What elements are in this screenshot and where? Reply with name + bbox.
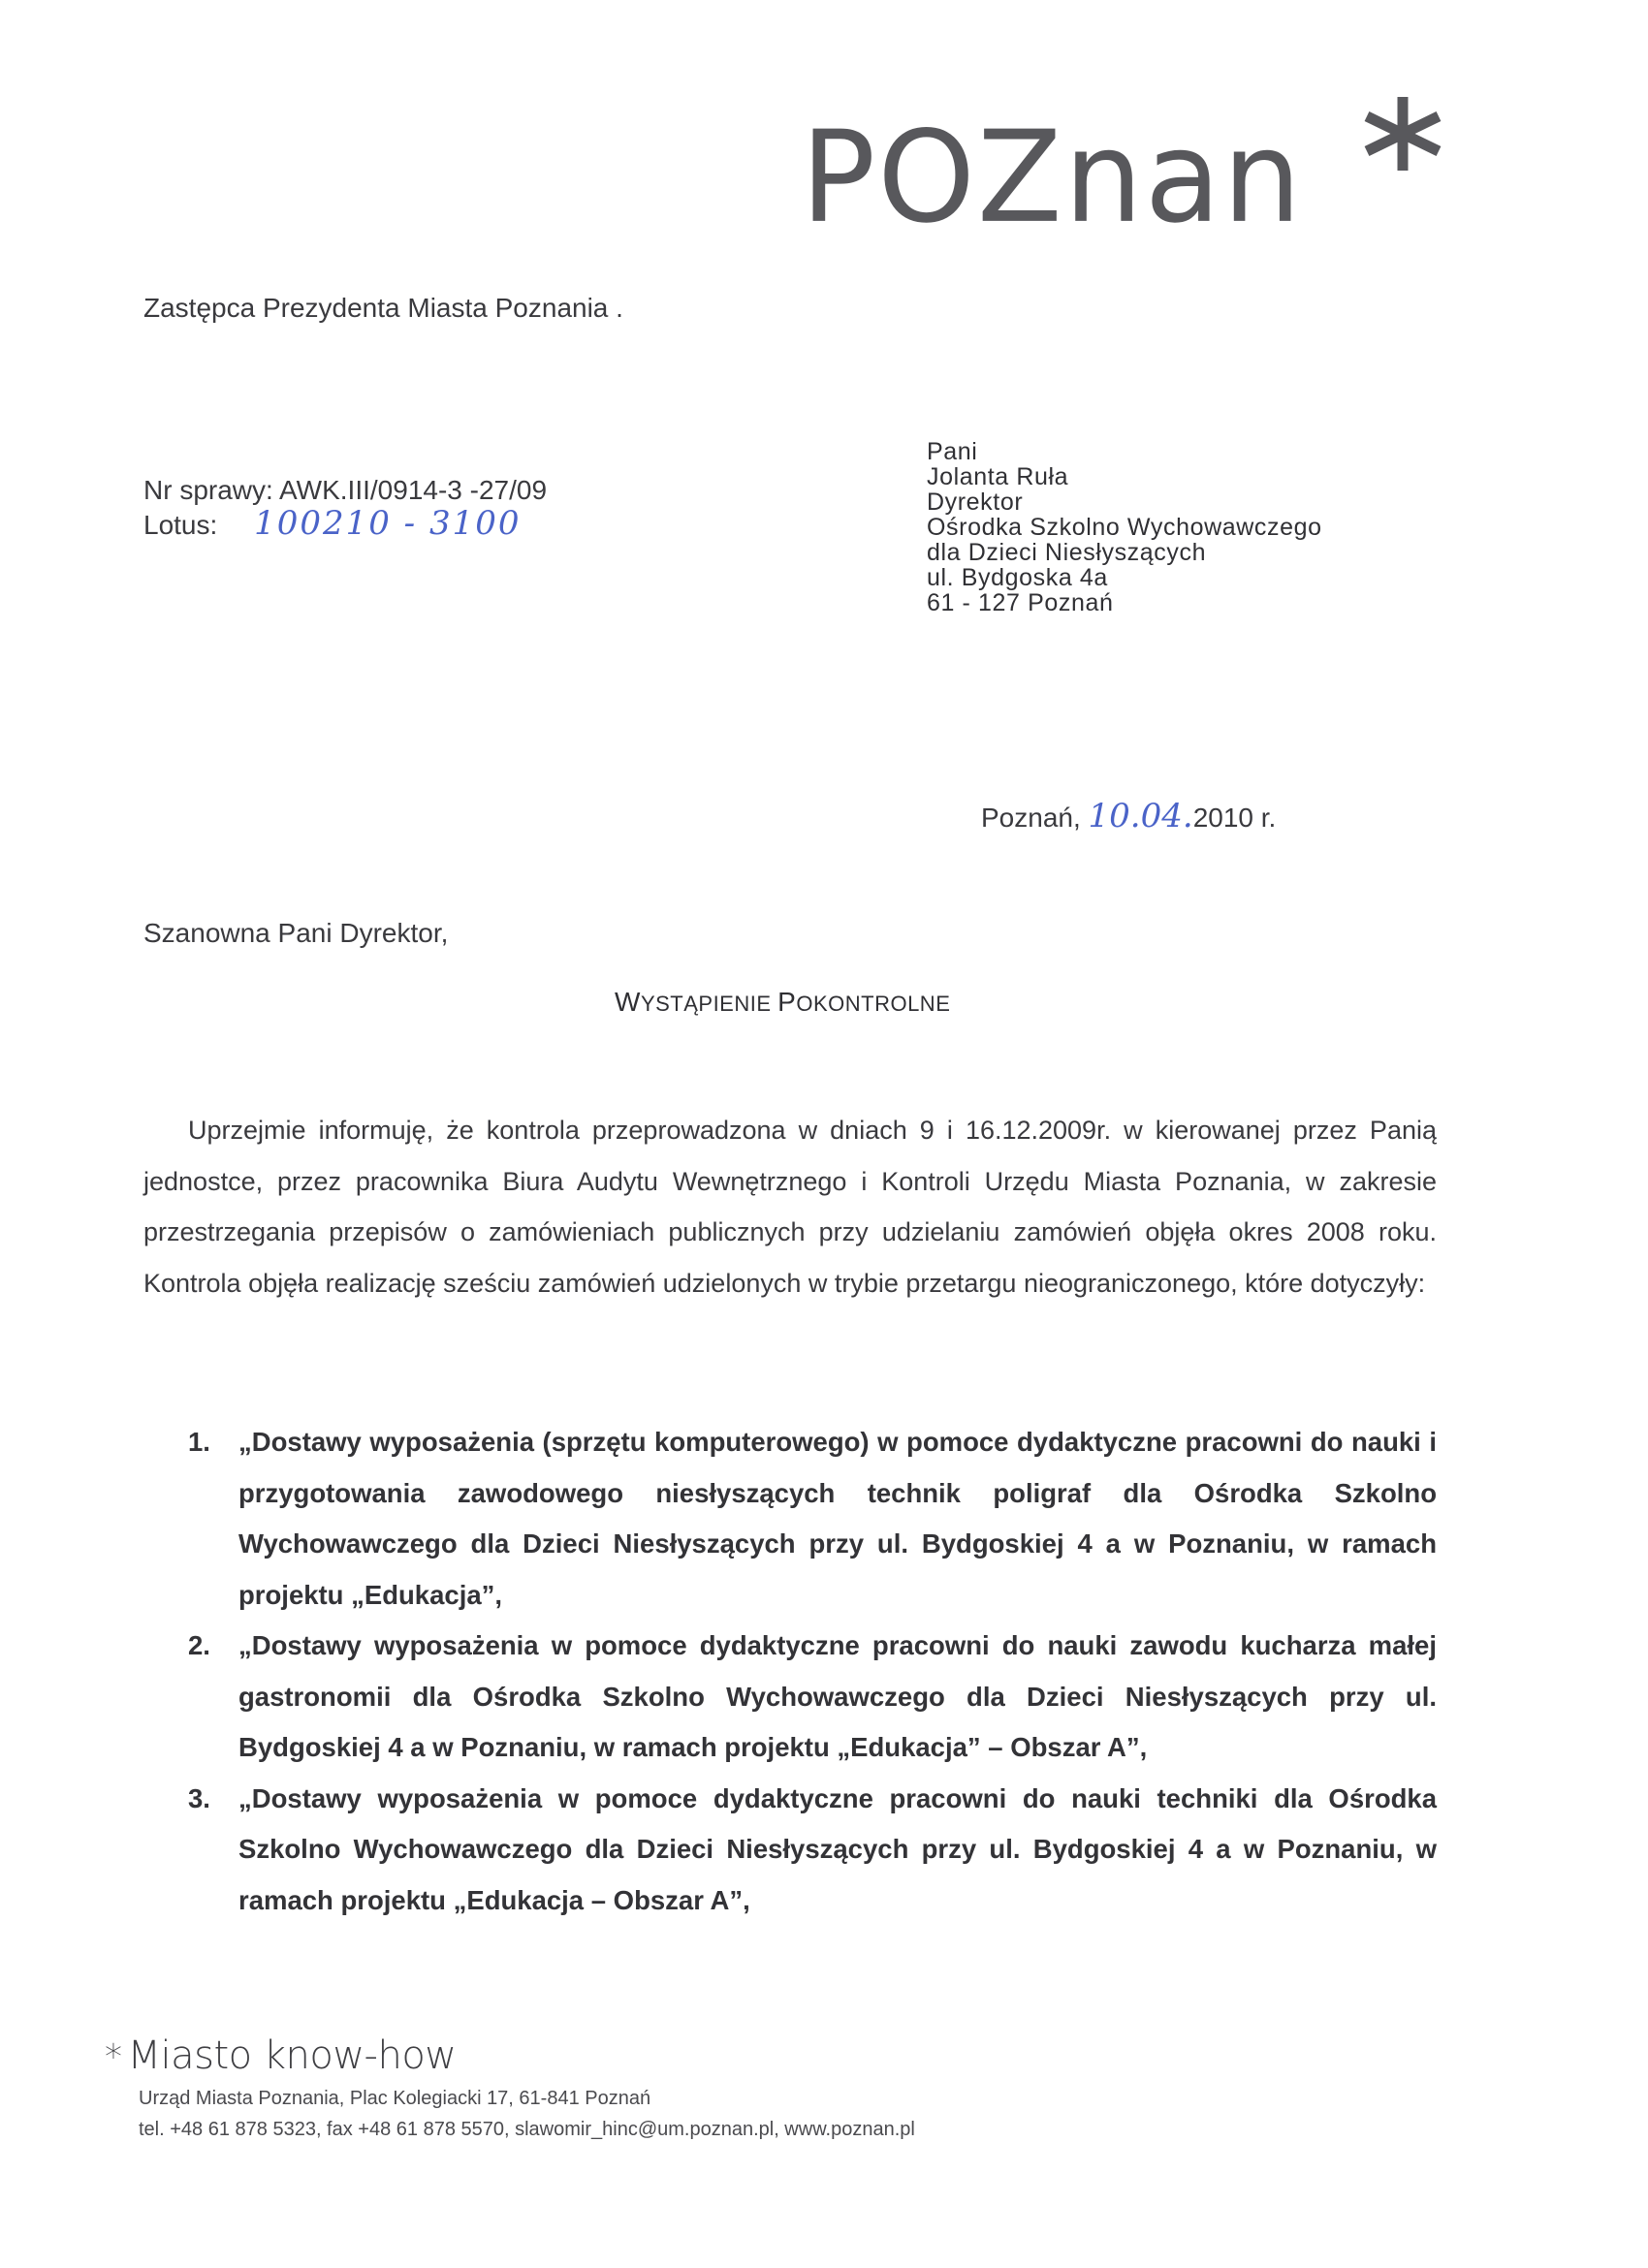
date-year: 2010 r. bbox=[1193, 803, 1277, 833]
brand-slogan: Miasto know-how bbox=[128, 2033, 457, 2078]
list-number: 2. bbox=[188, 1621, 238, 1774]
list-item: 1. „Dostawy wyposażenia (sprzętu kompute… bbox=[188, 1417, 1437, 1621]
footer-brand: *Miasto know-how bbox=[105, 2033, 457, 2078]
title-initial: W bbox=[615, 987, 641, 1017]
title-initial: P bbox=[777, 987, 796, 1017]
body-paragraph: Uprzejmie informuję, że kontrola przepro… bbox=[143, 1105, 1437, 1308]
list-number: 1. bbox=[188, 1417, 238, 1621]
case-number-label: Nr sprawy: bbox=[143, 475, 273, 505]
date-line: Poznań, 10.04.2010 r. bbox=[981, 797, 1276, 835]
list-item: 3. „Dostawy wyposażenia w pomoce dydakty… bbox=[188, 1774, 1437, 1927]
recipient-line: Ośrodka Szkolno Wychowawczego bbox=[927, 515, 1322, 540]
lotus-handwritten-number: 100210 - 3100 bbox=[254, 504, 521, 543]
body-text: Uprzejmie informuję, że kontrola przepro… bbox=[143, 1116, 1437, 1298]
asterisk-logo-icon bbox=[1359, 95, 1446, 182]
case-number: AWK.III/0914-3 -27/09 bbox=[279, 475, 547, 505]
recipient-address: Pani Jolanta Ruła Dyrektor Ośrodka Szkol… bbox=[927, 439, 1322, 615]
footer-address: Urząd Miasta Poznania, Plac Kolegiacki 1… bbox=[139, 2088, 650, 2110]
document-title: WYSTĄPIENIE POKONTROLNE bbox=[615, 987, 950, 1018]
recipient-line: Dyrektor bbox=[927, 489, 1322, 515]
recipient-line: dla Dzieci Niesłyszących bbox=[927, 540, 1322, 565]
title-word: YSTĄPIENIE bbox=[641, 992, 772, 1016]
list-number: 3. bbox=[188, 1774, 238, 1927]
footer-contact: tel. +48 61 878 5323, fax +48 61 878 557… bbox=[139, 2119, 915, 2141]
list-text: „Dostawy wyposażenia (sprzętu komputerow… bbox=[238, 1417, 1437, 1621]
asterisk-icon: * bbox=[105, 2037, 122, 2077]
greeting: Szanowna Pani Dyrektor, bbox=[143, 918, 448, 949]
list-item: 2. „Dostawy wyposażenia w pomoce dydakty… bbox=[188, 1621, 1437, 1774]
date-place: Poznań, bbox=[981, 803, 1081, 833]
poznan-logo: POZnan bbox=[801, 115, 1303, 242]
list-text: „Dostawy wyposażenia w pomoce dydaktyczn… bbox=[238, 1621, 1437, 1774]
recipient-line: 61 - 127 Poznań bbox=[927, 590, 1322, 615]
handwritten-date: 10.04. bbox=[1089, 797, 1193, 835]
recipient-line: Pani bbox=[927, 439, 1322, 464]
recipient-line: ul. Bydgoska 4a bbox=[927, 565, 1322, 590]
case-block: Nr sprawy: AWK.III/0914-3 -27/09 Lotus: … bbox=[143, 474, 547, 542]
sender-title: Zastępca Prezydenta Miasta Poznania . bbox=[143, 293, 623, 324]
lotus-label: Lotus: bbox=[143, 510, 217, 540]
logo-text: POZnan bbox=[801, 105, 1303, 252]
list-text: „Dostawy wyposażenia w pomoce dydaktyczn… bbox=[238, 1774, 1437, 1927]
procurement-list: 1. „Dostawy wyposażenia (sprzętu kompute… bbox=[188, 1417, 1437, 1926]
recipient-line: Jolanta Ruła bbox=[927, 464, 1322, 489]
title-word: OKONTROLNE bbox=[796, 992, 950, 1016]
